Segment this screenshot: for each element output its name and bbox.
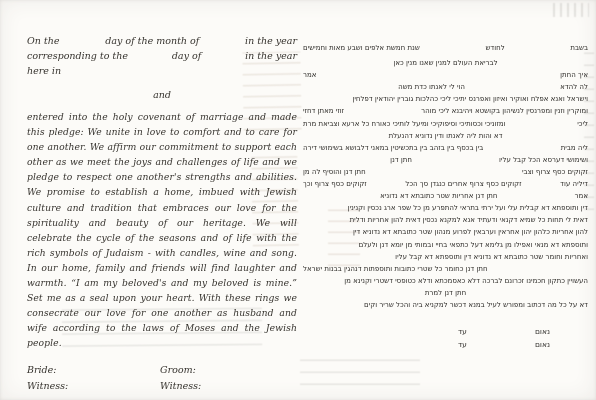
text-segment: חתן דנן כחומר כל שטרי כתובות ותוספתות דנ… bbox=[303, 265, 488, 273]
text-segment: וישראל ואנא אפלח ואוקיר ואיזון ואפרנס ית… bbox=[352, 95, 588, 103]
text-segment: להון אחריות כלהון יהון אחראין וערבאין לפ… bbox=[353, 228, 588, 236]
text-segment: זקוקים כסף צרוף וצבי bbox=[522, 168, 588, 176]
hebrew-text-line: להון אחריות כלהון יהון אחראין וערבאין לפ… bbox=[303, 228, 588, 240]
text-segment: חתן דנן bbox=[390, 156, 412, 164]
hebrew-text-line: וישראל ואנא אפלח ואוקיר ואיזון ואפרנס ית… bbox=[303, 95, 588, 107]
english-date-line: On theday of the month ofin the year bbox=[27, 36, 297, 51]
text-segment: day of bbox=[172, 51, 201, 62]
text-segment: לה להדא bbox=[560, 83, 588, 91]
text-segment: נאום bbox=[535, 327, 550, 336]
text-segment: בשבת bbox=[570, 44, 588, 52]
text-segment: הוי לי לאנתו כדת משה bbox=[398, 83, 465, 91]
marriage-pledge-paragraph: entered into the holy covenant of marria… bbox=[27, 110, 297, 352]
text-segment: דא והות ליה לאנתו ודין נדוניא דהנעלת bbox=[389, 132, 503, 140]
hebrew-text-line: דא על כל מה דכתוב ומפורש לעיל במנא דכשר … bbox=[303, 301, 588, 313]
hebrew-text-line: ושימושי דערסא הכל קבל עליוחתן דנן bbox=[303, 156, 588, 168]
text-segment: לחודש bbox=[485, 44, 504, 52]
hebrew-text-line: ותוספתא דא מנאי ואפילו מן גלימא דעל כתפא… bbox=[303, 241, 588, 253]
text-segment: in the year bbox=[245, 36, 297, 47]
bride-signature-label: Bride: bbox=[27, 365, 160, 376]
english-date-line: here in bbox=[27, 66, 297, 81]
text-segment: אמר bbox=[575, 192, 588, 200]
groom-signature-label: Groom: bbox=[160, 365, 196, 376]
hebrew-page: בשבתלחודששנת חמשת אלפים ושבע מאות וחמישי… bbox=[303, 44, 588, 353]
text-segment: זקוקים כסף צרוף אחרים כנגדן סך הכל bbox=[405, 180, 521, 188]
text-segment: in the year bbox=[245, 51, 297, 62]
hebrew-text-line: ליה מביתבין בכסף בין בזהב בין בתכשיטין ב… bbox=[303, 144, 588, 156]
text-segment: עד bbox=[458, 340, 467, 349]
english-date-line: corresponding to theday ofin the year bbox=[27, 51, 297, 66]
hebrew-text-line: חתן דנן כחומר כל שטרי כתובות ותוספתות דנ… bbox=[303, 265, 588, 277]
text-segment: דא על כל מה דכתוב ומפורש לעיל במנא דכשר … bbox=[364, 301, 588, 309]
bleed-through-artifact bbox=[553, 3, 589, 17]
hebrew-text-line: לה להדאהוי לי לאנתו כדת משה bbox=[303, 83, 588, 95]
text-segment: זקוקים כסף צרוף וכך bbox=[303, 180, 367, 188]
hebrew-text-line: דין ותוספתא דא קבלית עלי ועל ירתי בתראי … bbox=[303, 204, 588, 216]
witness-right-signature-label: Witness: bbox=[160, 381, 201, 392]
text-segment: לבריאת העולם למנין שאנו מנין כאן bbox=[393, 59, 497, 67]
text-segment: דין ותוספתא דא קבלית עלי ועל ירתי בתראי … bbox=[348, 204, 588, 212]
text-segment: בין בכסף בין בזהב בין בתכשיטין במאני דלב… bbox=[303, 144, 483, 152]
hebrew-signature-block: נאוםעדנאוםעד bbox=[303, 327, 588, 353]
text-segment: ואחריות וחומר שטר כתובתא דא נדוניא דין ו… bbox=[395, 253, 588, 261]
hebrew-text-line: זקוקים כסף צרוף וצביחתן דנן והוסיף לה מן bbox=[303, 168, 588, 180]
english-date-block: On theday of the month ofin the yearcorr… bbox=[27, 36, 297, 81]
witness-left-signature-label: Witness: bbox=[27, 381, 160, 392]
text-segment: זוזי מאתן דחזי bbox=[303, 107, 344, 115]
hebrew-witness-signature-line: נאוםעד bbox=[458, 340, 550, 353]
hebrew-text-line: חתן דנן למרת bbox=[303, 289, 588, 301]
text-segment: corresponding to the bbox=[27, 51, 128, 62]
hebrew-ketubah-text: בשבתלחודששנת חמשת אלפים ושבע מאות וחמישי… bbox=[303, 44, 588, 313]
text-segment: אמר bbox=[303, 71, 316, 79]
text-segment: ושימושי דערסא הכל קבל עליו bbox=[499, 156, 588, 164]
hebrew-text-line: לבריאת העולם למנין שאנו מנין כאן bbox=[303, 59, 588, 71]
bride-groom-signature-row: Bride: Groom: bbox=[27, 365, 297, 381]
bleed-through-artifact bbox=[300, 355, 420, 385]
hebrew-text-line: איך החתןאמר bbox=[303, 71, 588, 83]
hebrew-text-line: דאית לי תחות כל שמיא דקנאי ודעתיד אנא למ… bbox=[303, 216, 588, 228]
english-signature-block: Bride: Groom: Witness: Witness: bbox=[27, 365, 297, 397]
text-segment: ומזוניכי וכסותיכי וסיפוקיכי ומיעל לותיכי… bbox=[303, 120, 506, 128]
hebrew-text-line: ואחריות וחומר שטר כתובתא דא נדוניא דין ו… bbox=[303, 253, 588, 265]
text-segment: שנת חמשת אלפים ושבע מאות וחמישים bbox=[303, 44, 420, 52]
text-segment: חתן דנן והוסיף לה מן bbox=[303, 168, 366, 176]
witness-signature-row: Witness: Witness: bbox=[27, 381, 297, 397]
text-segment: On the bbox=[27, 36, 60, 47]
text-segment: דאית לי תחות כל שמיא דקנאי ודעתיד אנא למ… bbox=[350, 216, 588, 224]
text-segment: נאום bbox=[535, 340, 550, 349]
hebrew-text-line: דא והות ליה לאנתו ודין נדוניא דהנעלת bbox=[303, 132, 588, 144]
ketubah-scan: On theday of the month ofin the yearcorr… bbox=[0, 0, 596, 400]
text-segment: העשויין כתקון חכמינו זכרונם לברכה דלא כא… bbox=[344, 277, 588, 285]
hebrew-text-line: בשבתלחודששנת חמשת אלפים ושבע מאות וחמישי… bbox=[303, 44, 588, 56]
text-segment: חתן דנן למרת bbox=[425, 289, 466, 297]
text-segment: דיליה עוד bbox=[560, 180, 588, 188]
hebrew-text-line: ומוקרין וזנין ומפרנסין לנשיהון בקושטא וי… bbox=[303, 107, 588, 119]
text-segment: עד bbox=[458, 327, 467, 336]
hebrew-text-line: ליכיומזוניכי וכסותיכי וסיפוקיכי ומיעל לו… bbox=[303, 120, 588, 132]
hebrew-text-line: העשויין כתקון חכמינו זכרונם לברכה דלא כא… bbox=[303, 277, 588, 289]
text-segment: day of the month of bbox=[105, 36, 199, 47]
text-segment: ליכי bbox=[577, 120, 588, 128]
text-segment: ותוספתא דא מנאי ואפילו מן גלימא דעל כתפא… bbox=[359, 241, 588, 249]
english-page: On theday of the month ofin the yearcorr… bbox=[27, 36, 297, 397]
text-segment: ליה מבית bbox=[561, 144, 588, 152]
text-segment: ומוקרין וזנין ומפרנסין לנשיהון בקושטא וי… bbox=[421, 107, 588, 115]
hebrew-text-line: אמרחתן דנן אחריות שטר כתובתא דא נדוניא bbox=[303, 192, 588, 204]
hebrew-witness-signature-line: נאוםעד bbox=[458, 327, 550, 340]
text-segment: here in bbox=[27, 66, 61, 77]
and-conjunction: and bbox=[27, 90, 297, 105]
hebrew-text-line: דיליה עודזקוקים כסף צרוף אחרים כנגדן סך … bbox=[303, 180, 588, 192]
text-segment: חתן דנן אחריות שטר כתובתא דא נדוניא bbox=[380, 192, 497, 200]
text-segment: איך החתן bbox=[560, 71, 588, 79]
